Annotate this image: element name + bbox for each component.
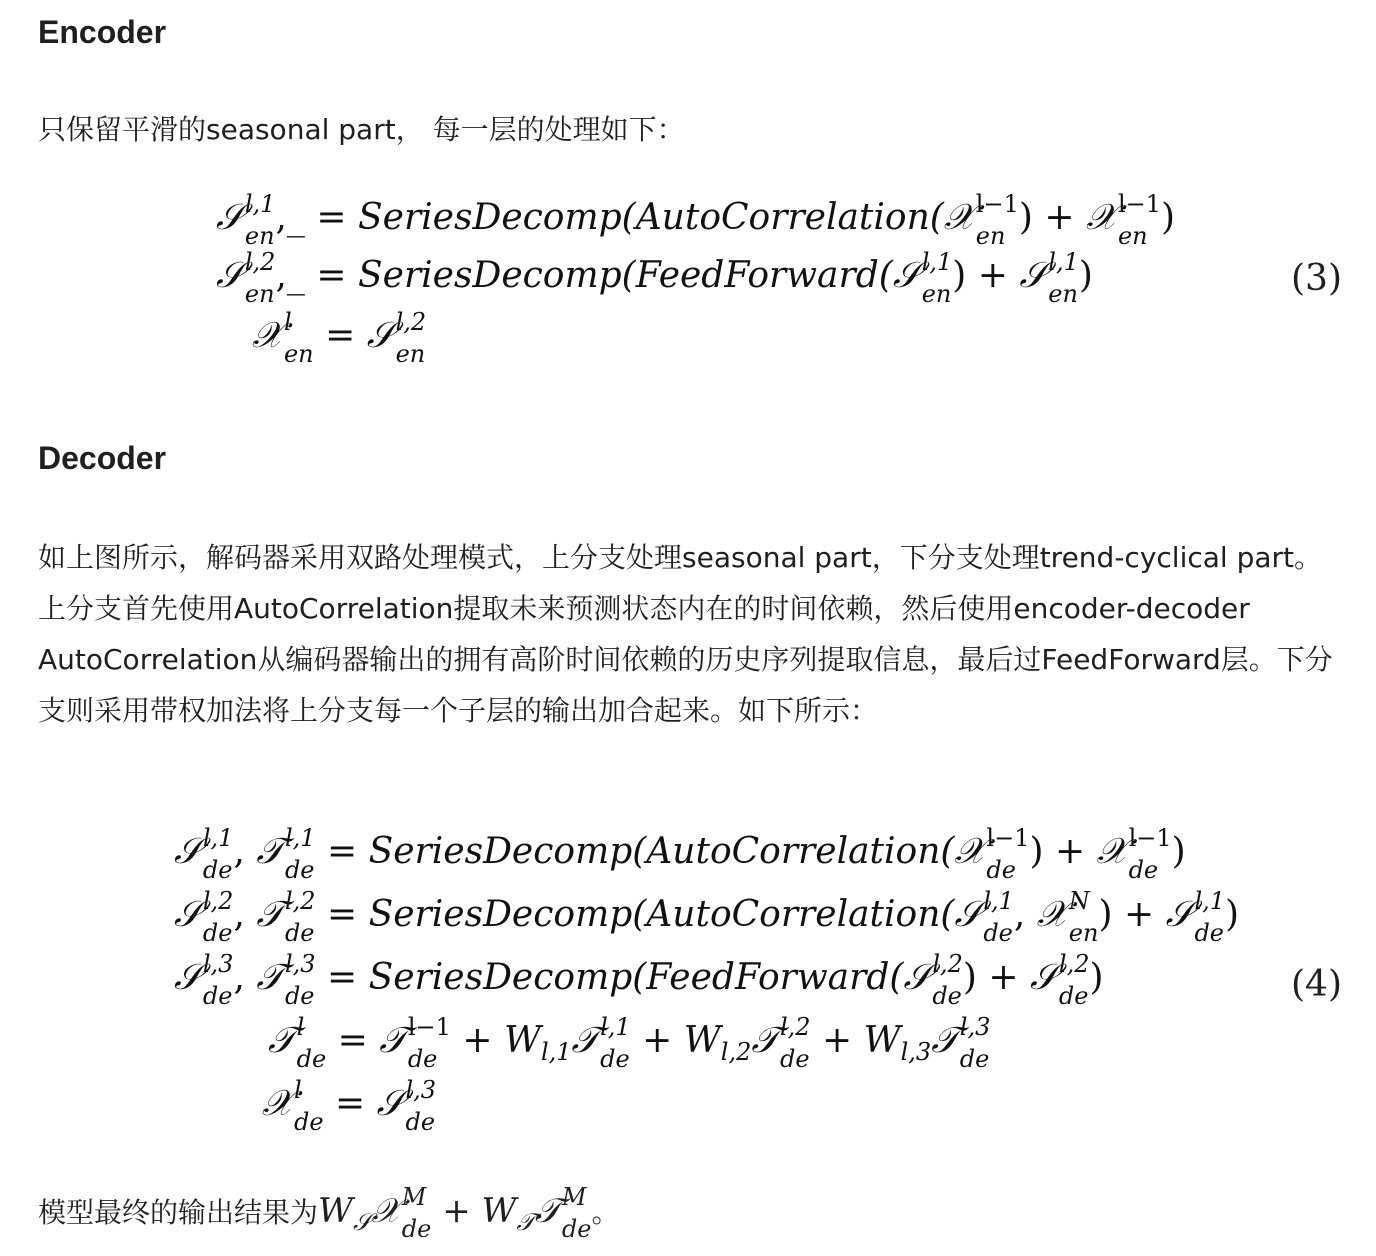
encoder-eq-row-3: 𝒳len = 𝒮l,2en (252, 314, 426, 362)
decoder-paragraph: 如上图所示，解码器采用双路处理模式，上分支处理seasonal part，下分支… (38, 532, 1348, 736)
encoder-heading: Encoder (38, 14, 166, 51)
encoder-eq-row-1: 𝒮l,1en,_ = SeriesDecomp(AutoCorrelation(… (216, 196, 1175, 244)
decoder-heading: Decoder (38, 440, 166, 477)
encoder-intro: 只保留平滑的seasonal part， 每一层的处理如下： (38, 104, 1348, 155)
decoder-eq-row-2: 𝒮l,2de, 𝒯l,2de = SeriesDecomp(AutoCorrel… (174, 893, 1239, 941)
encoder-equation-block: 𝒮l,1en,_ = SeriesDecomp(AutoCorrelation(… (0, 196, 1376, 376)
final-prefix: 模型最终的输出结果为 (38, 1196, 318, 1229)
equation-number-4: (4) (1291, 964, 1342, 1005)
final-formula: W𝒮𝒳Mde + W𝒯𝒯Mde (318, 1191, 591, 1231)
final-suffix: 。 (591, 1196, 619, 1229)
final-output-sentence: 模型最终的输出结果为W𝒮𝒳Mde + W𝒯𝒯Mde。 (38, 1186, 1348, 1247)
decoder-eq-row-1: 𝒮l,1de, 𝒯l,1de = SeriesDecomp(AutoCorrel… (174, 830, 1186, 878)
encoder-eq-row-2: 𝒮l,2en,_ = SeriesDecomp(FeedForward(𝒮l,1… (216, 254, 1093, 302)
equation-number-3: (3) (1291, 258, 1342, 299)
decoder-eq-row-5: 𝒳lde = 𝒮l,3de (262, 1082, 436, 1130)
symbol: 𝒮 (216, 197, 244, 238)
decoder-eq-row-3: 𝒮l,3de, 𝒯l,3de = SeriesDecomp(FeedForwar… (174, 956, 1104, 1004)
decoder-equation-block: 𝒮l,1de, 𝒯l,1de = SeriesDecomp(AutoCorrel… (0, 830, 1376, 1150)
decoder-eq-row-4: 𝒯lde = 𝒯l−1de + Wl,1𝒯l,1de + Wl,2𝒯l,2de … (268, 1019, 990, 1067)
